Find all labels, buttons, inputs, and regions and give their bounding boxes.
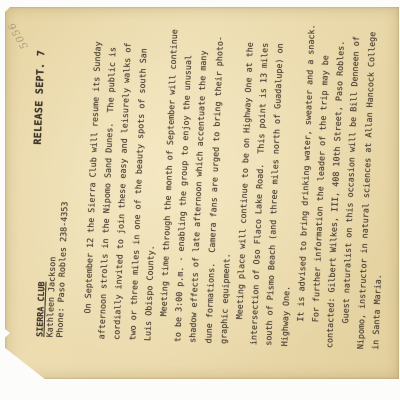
handwritten-pencil-note: 5056	[6, 20, 31, 51]
contact-header-block: SIERRA CLUB Kathleen Jackson Phone: Paso…	[34, 201, 69, 338]
release-date-line: RELEASE SEPT. 7	[33, 50, 48, 145]
rotated-page-content: 5056 RELEASE SEPT. 7 SIERRA CLUB Kathlee…	[5, 7, 399, 379]
paper-corner-clip-bottom-left	[0, 344, 46, 380]
scan-margin-top	[0, 0, 400, 7]
paper-edge-tear-notch	[0, 325, 10, 342]
press-release-body-text: On September 12 the Sierra Club will res…	[79, 16, 395, 350]
scanned-press-release-sheet: 5056 RELEASE SEPT. 7 SIERRA CLUB Kathlee…	[5, 7, 399, 379]
paper-corner-fold-top-left	[0, 0, 17, 17]
scan-margin-bottom	[0, 379, 400, 400]
